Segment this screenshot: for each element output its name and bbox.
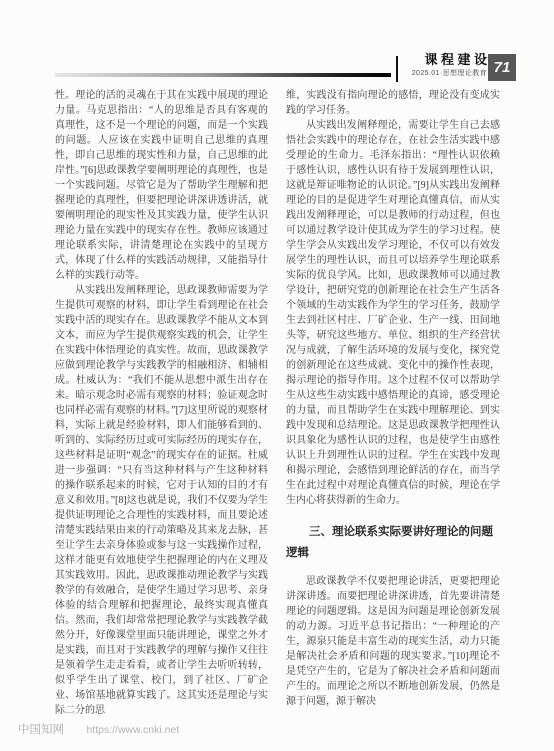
header-divider-line [396,56,398,82]
journal-issue-info: 2025.01·思想理论教育 [412,68,487,78]
right-text-column: 维，实践没有指向理论的感悟，理论没有变成实践的学习任务。 从实践出发阐释理论，需… [286,88,500,709]
paragraph: 思政课教学不仅要把理论讲活，更要把理论讲深讲透。而要把理论讲深讲透，首先要讲清楚… [286,574,500,709]
cnki-watermark: 中国知网 https://www.cnki.net [18,720,179,738]
column-section-title: 课程建设 [424,49,490,68]
header-gradient-rule [55,73,391,77]
left-text-column: 性。理论的活的灵魂在于其在实践中展现的理论力量。马克思指出：“人的思维是否具有客… [55,88,268,718]
paragraph: 维，实践没有指向理论的感悟，理论没有变成实践的学习任务。 [286,88,500,118]
cnki-watermark-url: https://www.cnki.net [86,724,179,736]
paragraph: 从实践出发阐释理论，需要让学生自己去感悟社会实践中的理论存在，在社会生活实践中感… [286,118,500,508]
paragraph: 性。理论的活的灵魂在于其在实践中展现的理论力量。马克思指出：“人的思维是否具有客… [55,88,268,283]
page-number: 71 [494,59,511,76]
cnki-watermark-name: 中国知网 [18,724,64,736]
page-number-badge: 71 [488,54,516,81]
section-heading: 三、理论联系实际要讲好理论的问题逻辑 [286,522,500,564]
scanned-journal-page: 课程建设 2025.01·思想理论教育 71 性。理论的活的灵魂在于其在实践中展… [0,0,554,751]
paragraph: 从实践出发阐释理论，思政课教师需要为学生提供可观察的材料，即让学生看到理论在社会… [55,283,268,718]
